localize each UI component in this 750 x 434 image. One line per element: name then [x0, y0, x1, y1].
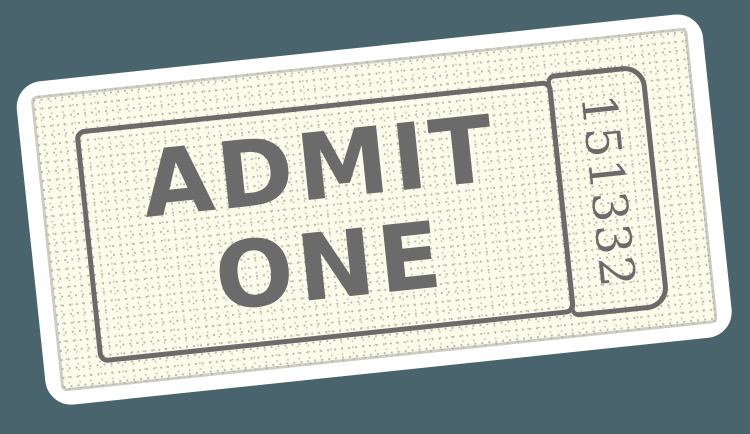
canvas: ADMIT ONE 151332 [0, 0, 750, 434]
ticket-main-panel: ADMIT ONE [74, 80, 576, 364]
serial-number: 151332 [570, 91, 646, 291]
